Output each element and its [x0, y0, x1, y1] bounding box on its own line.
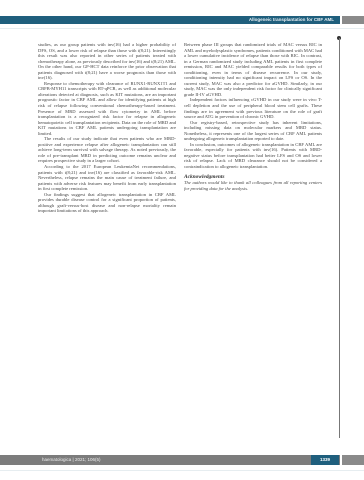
- right-column: Between phase III groups that randomized…: [184, 42, 322, 191]
- journal-citation: haematologica | 2021; 106(5): [42, 455, 100, 465]
- paragraph: In conclusion, outcomes of allogeneic tr…: [184, 142, 322, 170]
- paragraph: Our registry-based, retrospective study …: [184, 120, 322, 142]
- paragraph: Our findings suggest that allogeneic tra…: [38, 192, 176, 214]
- paragraph: studies, as our group patients with inv(…: [38, 42, 176, 81]
- acknowledgments-text: The authors would like to thank all coll…: [184, 180, 322, 191]
- running-title: Allogeneic transplantation for CBF AML: [249, 16, 334, 24]
- paragraph: Response to chemotherapy with clearance …: [38, 81, 176, 136]
- header-divider: [0, 28, 364, 29]
- footer-divider: [0, 470, 364, 471]
- header-accent-block: [342, 16, 364, 24]
- left-column: studies, as our group patients with inv(…: [38, 42, 176, 214]
- paragraph: Independent factors influencing cGVHD in…: [184, 97, 322, 119]
- margin-rule: [339, 38, 340, 438]
- paragraph: The results of our study indicate that e…: [38, 136, 176, 164]
- page-number: 1339: [311, 455, 339, 465]
- paragraph: According to the 2017 European LeukemiaN…: [38, 164, 176, 192]
- footer-accent-block: [342, 455, 364, 465]
- paragraph: Between phase III groups that randomized…: [184, 42, 322, 97]
